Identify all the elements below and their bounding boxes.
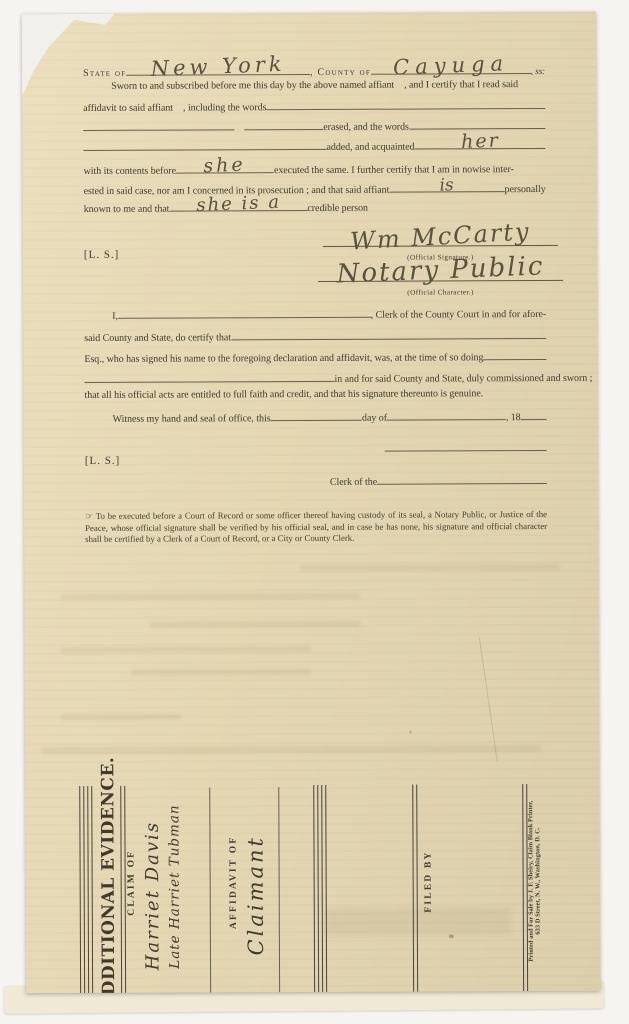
county-label: , County of: [310, 67, 371, 78]
read-text-a: affidavit to said affiant: [83, 103, 173, 114]
docket-border-rule: [412, 785, 418, 994]
official-character-block: Notary Public (Official Character.): [318, 255, 563, 300]
clerk-line-3: Esq., who has signed his name to the for…: [84, 348, 546, 365]
before-blank: she: [176, 161, 274, 173]
bleedthrough-smudge: [60, 593, 360, 600]
credible-label: credible person: [307, 203, 368, 214]
known-handwritten-value: she is a: [196, 192, 281, 216]
filed-by-label: FILED BY: [424, 850, 434, 912]
county-blank: Cayuga: [371, 62, 531, 75]
torn-corner: [22, 12, 82, 100]
clerk-line-1: I, , Clerk of the County Court in and fo…: [84, 305, 546, 322]
clerk-line5-text: that all his official acts are entitled …: [85, 388, 484, 401]
clerk-line-4: in and for said County and State, duly c…: [84, 369, 546, 386]
witness-text-c: , 18: [506, 412, 521, 423]
erased-blank-1: [83, 118, 234, 131]
month-blank: [387, 408, 506, 421]
read-line: affidavit to said affiant , including th…: [83, 97, 545, 114]
printer-credit-line-2: 633 D Street, N. W., Washington, D. C.: [534, 800, 542, 961]
claim-of-column: CLAIM OF: [123, 772, 140, 993]
claimant-alias-handwritten: Late Harriet Tubman: [166, 804, 183, 968]
affidavit-document-page: State of New York , County of Cayuga , s…: [22, 12, 600, 993]
known-label: known to me and that: [84, 204, 170, 215]
state-blank: New York: [126, 63, 310, 76]
docket-entry-rule: [278, 787, 280, 993]
docket-border-rule: [87, 786, 93, 993]
official-character-handwritten: Notary Public: [317, 251, 563, 291]
printer-credit-column: Printed and For Sale by J. F. Sheiry, Cl…: [526, 770, 543, 991]
affidavit-of-handwritten: Claimant: [243, 835, 268, 956]
commission-blank: [84, 370, 334, 383]
docket-border-rule: [321, 785, 327, 993]
bleedthrough-smudge: [151, 621, 361, 628]
added-blank-1: [83, 138, 326, 151]
bleedthrough-smudge: [61, 646, 311, 653]
erased-blank-3: [409, 117, 546, 130]
clerk-line-5: that all his official acts are entitled …: [85, 388, 547, 401]
year-blank: [521, 408, 547, 420]
added-label: added, and acquainted: [326, 142, 414, 153]
affidavit-of-column: AFFIDAVIT OF: [225, 771, 242, 992]
executed-label: executed the same. I further certify tha…: [274, 164, 514, 176]
clerk-of-blank: [377, 472, 547, 485]
before-line: with its contents before she executed th…: [84, 160, 546, 177]
witness-text-a: Witness my hand and seal of office, this: [85, 413, 271, 425]
state-county-line: State of New York , County of Cayuga , s…: [83, 62, 545, 79]
bleedthrough-smudge: [300, 564, 560, 571]
docket-border-rule: [313, 785, 319, 993]
ls-seal-mark-1: [L. S.]: [84, 249, 119, 261]
clerk-line3-text: Esq., who has signed his name to the for…: [84, 352, 483, 365]
claimant-name-column: Harriet Davis: [141, 772, 164, 993]
before-label: with its contents before: [84, 166, 176, 177]
blank-space: [85, 452, 385, 453]
clerk-name-blank: [118, 306, 371, 319]
doing-blank: [483, 348, 546, 360]
ss-label: , ss:: [531, 66, 545, 76]
claimant-name-handwritten: Harriet Davis: [142, 821, 164, 970]
state-label: State of: [83, 68, 126, 79]
witness-text-b: day of: [362, 413, 387, 424]
clerk-line2-text: said County and State, do certify that: [84, 332, 231, 344]
footnote-text: To be executed before a Court of Record …: [85, 509, 547, 544]
known-blank: she is a: [169, 199, 307, 212]
day-blank: [271, 409, 362, 421]
clerk-line1b: , Clerk of the County Court in and for a…: [371, 309, 547, 321]
printer-credit: Printed and For Sale by J. F. Sheiry, Cl…: [527, 800, 542, 961]
known-line: known to me and that she is a credible p…: [84, 198, 546, 215]
clerk-line4-text: in and for said County and State, duly c…: [334, 373, 592, 385]
affiant-handwritten-value: is: [439, 175, 454, 196]
sworn-text-a: Sworn to and subscribed before me this d…: [83, 80, 394, 92]
execution-footnote: ☞ To be executed before a Court of Recor…: [85, 509, 547, 544]
clerk-signature-blank: [385, 439, 547, 452]
blank-space: [85, 485, 330, 486]
docket-panel: ADDITIONAL EVIDENCE. CLAIM OF Harriet Da…: [25, 770, 600, 994]
sworn-text-b: , and I certify that I read said: [404, 79, 518, 90]
added-handwritten-value: her: [460, 130, 499, 153]
clerk-of-row: Clerk of the: [85, 472, 547, 489]
scan-background: { "colors":{"paper":"#e9dbb6","ink":"#3f…: [0, 0, 629, 1024]
ink-stain: [409, 731, 412, 734]
interested-line: ested in said case, nor am I concerned i…: [84, 180, 546, 197]
erased-blank-2: [244, 118, 323, 130]
personally-label: personally: [504, 184, 545, 195]
affiant-blank: is: [389, 180, 504, 193]
clerk-of-label: Clerk of the: [330, 477, 377, 488]
bleedthrough-smudge: [131, 669, 311, 676]
official-signature-handwritten: Wm McCarty: [322, 216, 558, 257]
claimant-alias-column: Late Harriet Tubman: [165, 772, 184, 993]
added-blank-2: her: [415, 137, 546, 150]
ls-seal-mark-2: [L. S.]: [85, 455, 120, 467]
certify-blank: [231, 327, 546, 340]
clerk-signature-rule-row: [85, 439, 547, 453]
docket-border-rule: [79, 786, 85, 993]
official-character-caption: (Official Character.): [407, 288, 474, 296]
sworn-line: Sworn to and subscribed before me this d…: [83, 79, 545, 92]
added-line: added, and acquainted her: [83, 137, 545, 154]
bleedthrough-smudge: [41, 745, 541, 754]
state-handwritten-value: New York: [150, 52, 286, 81]
docket-entry-rule: [209, 787, 211, 993]
filed-by-column: FILED BY: [420, 770, 437, 991]
i-label: I,: [84, 311, 118, 322]
words-blank: [266, 97, 545, 110]
read-text-b: , including the words: [183, 102, 266, 113]
erased-label: erased, and the words: [323, 122, 409, 133]
paper-crease: [479, 638, 498, 762]
blank-space: [368, 210, 546, 211]
claim-of-label: CLAIM OF: [127, 849, 137, 915]
docket-title: ADDITIONAL EVIDENCE.: [98, 756, 119, 993]
pointing-hand-icon: ☞: [85, 512, 93, 522]
clerk-line-2: said County and State, do certify that: [84, 327, 546, 344]
affidavit-of-value-column: Claimant: [243, 771, 268, 992]
before-handwritten-value: she: [203, 154, 246, 178]
witness-line: Witness my hand and seal of office, this…: [85, 408, 547, 425]
torn-edge-chip: [64, 12, 116, 25]
bleedthrough-smudge: [61, 714, 181, 721]
county-handwritten-value: Cayuga: [392, 51, 509, 80]
affidavit-of-label: AFFIDAVIT OF: [228, 835, 238, 928]
